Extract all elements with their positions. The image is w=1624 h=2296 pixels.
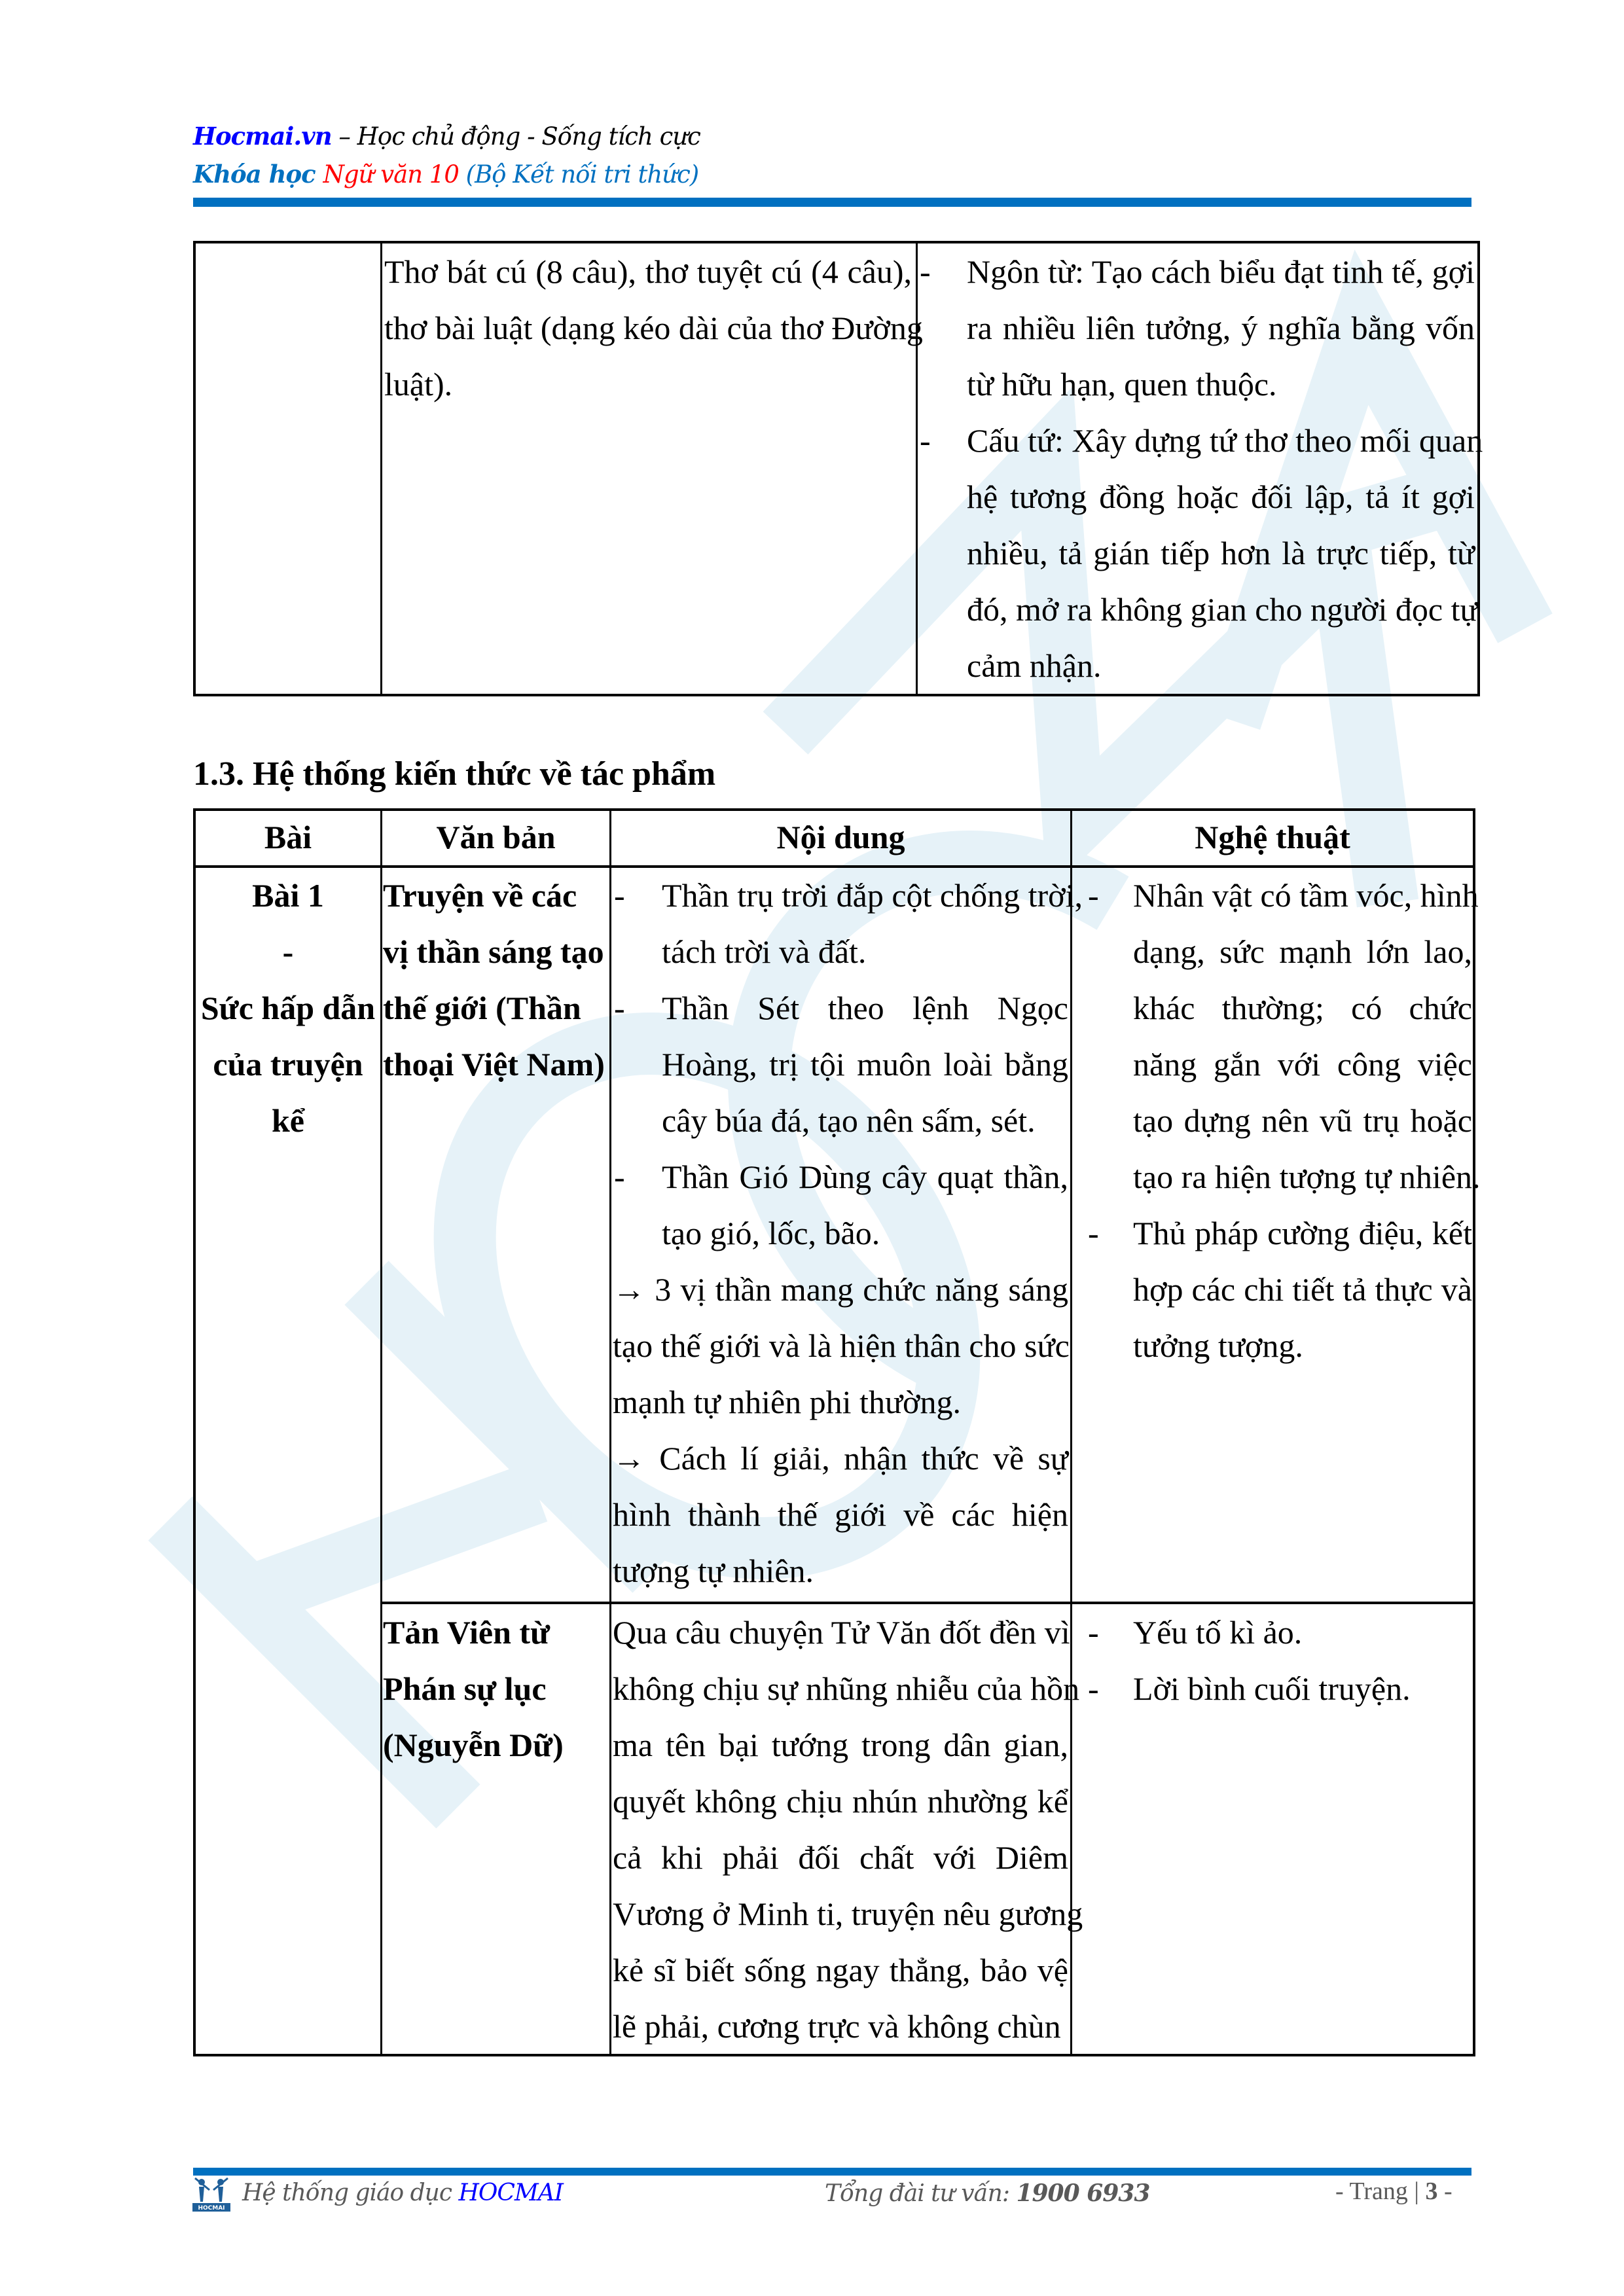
table2-col-divider xyxy=(380,808,382,2056)
text-line: Vương ở Minh ti, truyện nêu gương xyxy=(613,1886,1068,1942)
bullet-dash: - xyxy=(1088,1205,1099,1261)
table2-col-divider xyxy=(1070,808,1072,2056)
table2-row1-text-cell: Truyện về cácvị thần sáng tạothế giới (T… xyxy=(383,867,608,1092)
text-line: tạo ra hiện tượng tự nhiên. xyxy=(1133,1149,1472,1205)
table2-header-content: Nội dung xyxy=(611,809,1070,865)
text-line: tưởng tượng. xyxy=(1133,1318,1472,1374)
text-line: quyết không chịu nhún nhường kể xyxy=(613,1773,1068,1829)
text-line: tượng tự nhiên. xyxy=(613,1543,1068,1599)
footer-hotline: Tổng đài tư vấn: 1900 6933 xyxy=(825,2179,1149,2207)
text-line: tạo gió, lốc, bão. xyxy=(662,1205,1068,1261)
tagline-text: – Học chủ động - Sống tích cực xyxy=(332,122,700,151)
table2-header-lesson: Bài xyxy=(196,809,380,865)
table1-col-divider xyxy=(380,241,382,696)
text-line: Thần trụ trời đắp cột chống trời, xyxy=(662,867,1068,924)
list-item: Thủ pháp cường điệu, kếthợp các chi tiết… xyxy=(1133,1205,1472,1374)
text-line: Thần Sét theo lệnh Ngọc xyxy=(662,980,1068,1036)
text-line: Nhân vật có tầm vóc, hình xyxy=(1133,867,1472,924)
text-line: lẽ phải, cương trực và không chùn xyxy=(613,1998,1068,2054)
footer-system: Hệ thống giáo dục HOCMAI xyxy=(242,2179,563,2206)
text-line: ma tên bại tướng trong dân gian, xyxy=(613,1717,1068,1773)
text-line: Qua câu chuyện Tử Văn đốt đền vì xyxy=(613,1604,1068,1660)
text-line: luật). xyxy=(384,356,912,412)
text-line: - xyxy=(196,924,380,980)
header-divider-bar xyxy=(193,198,1471,207)
text-line: Phán sự lục xyxy=(383,1660,608,1717)
list-item: Thần Gió Dùng cây quạt thần,tạo gió, lốc… xyxy=(662,1149,1068,1261)
text-line: Thần Gió Dùng cây quạt thần, xyxy=(662,1149,1068,1205)
text-line: thoại Việt Nam) xyxy=(383,1036,608,1092)
text-line: năng gắn với công việc xyxy=(1133,1036,1472,1092)
text-line: vị thần sáng tạo xyxy=(383,924,608,980)
text-line: hợp các chi tiết tả thực và xyxy=(1133,1261,1472,1318)
text-line: mạnh tự nhiên phi thường. xyxy=(613,1374,1068,1430)
section-title: 1.3. Hệ thống kiến thức về tác phẩm xyxy=(193,746,715,802)
text-line: Truyện về các xyxy=(383,867,608,924)
header-tagline: Hocmai.vn – Học chủ động - Sống tích cực xyxy=(193,122,700,151)
footer-system-link[interactable]: HOCMAI xyxy=(458,2179,563,2206)
text-line: Yếu tố kì ảo. xyxy=(1133,1604,1472,1660)
text-line: (Nguyễn Dữ) xyxy=(383,1717,608,1773)
list-item: Thần Sét theo lệnh NgọcHoàng, trị tội mu… xyxy=(662,980,1068,1149)
text-line: tạo dựng nên vũ trụ hoặc xyxy=(1133,1092,1472,1149)
text-line: đó, mở ra không gian cho người đọc tự xyxy=(967,581,1475,637)
svg-text:HOCMAI: HOCMAI xyxy=(198,2205,225,2212)
bullet-dash: - xyxy=(920,412,931,469)
text-line: tạo thế giới và là hiện thân cho sức xyxy=(613,1318,1068,1374)
footer-divider-bar xyxy=(193,2168,1471,2176)
header-course: Khóa học Ngữ văn 10 (Bộ Kết nối tri thức… xyxy=(193,160,698,188)
hocmai-logo-icon: HOCMAI xyxy=(192,2176,230,2212)
table1-form-cell: Thơ bát cú (8 câu), thơ tuyệt cú (4 câu)… xyxy=(384,243,912,412)
text-line: thế giới (Thần xyxy=(383,980,608,1036)
brand-link[interactable]: Hocmai.vn xyxy=(193,122,332,151)
list-item: Cấu tứ: Xây dựng tứ thơ theo mối quanhệ … xyxy=(967,412,1475,694)
bullet-dash: - xyxy=(1088,1604,1099,1660)
bullet-dash: - xyxy=(1088,1660,1099,1717)
text-line: khác thường; có chức xyxy=(1133,980,1472,1036)
text-line: Sức hấp dẫn xyxy=(196,980,380,1036)
text-line: từ hữu hạn, quen thuộc. xyxy=(967,356,1475,412)
table2-row2-text-cell: Tản Viên từPhán sự lục(Nguyễn Dữ) xyxy=(383,1604,608,1773)
text-line: Thủ pháp cường điệu, kết xyxy=(1133,1205,1472,1261)
list-item: Yếu tố kì ảo. xyxy=(1133,1604,1472,1660)
text-line: kể xyxy=(196,1092,380,1149)
bullet-dash: - xyxy=(614,1149,625,1205)
list-item: → 3 vị thần mang chức năng sángtạo thế g… xyxy=(613,1261,1068,1430)
bullet-dash: - xyxy=(1088,867,1099,924)
text-line: Ngôn từ: Tạo cách biểu đạt tinh tế, gợi xyxy=(967,243,1475,300)
list-item: Qua câu chuyện Tử Văn đốt đền vìkhông ch… xyxy=(613,1604,1068,2054)
list-item: → Cách lí giải, nhận thức về sựhình thàn… xyxy=(613,1430,1068,1599)
text-line: thơ bài luật (dạng kéo dài của thơ Đường xyxy=(384,300,912,356)
course-series: (Bộ Kết nối tri thức) xyxy=(459,160,698,188)
list-item: Ngôn từ: Tạo cách biểu đạt tinh tế, gợir… xyxy=(967,243,1475,412)
text-line: cảm nhận. xyxy=(967,637,1475,694)
list-item: Nhân vật có tầm vóc, hìnhdạng, sức mạnh … xyxy=(1133,867,1472,1205)
list-item: Lời bình cuối truyện. xyxy=(1133,1660,1472,1717)
text-line: cả khi phải đối chất với Diêm xyxy=(613,1829,1068,1886)
hocmai-logo: HOCMAI xyxy=(192,2176,230,2212)
text-line: dạng, sức mạnh lớn lao, xyxy=(1133,924,1472,980)
text-line: hình thành thế giới về các hiện xyxy=(613,1486,1068,1543)
text-line: → 3 vị thần mang chức năng sáng xyxy=(613,1261,1068,1318)
text-line: Hoàng, trị tội muôn loài bằng xyxy=(662,1036,1068,1092)
bullet-dash: - xyxy=(614,867,625,924)
text-line: Thơ bát cú (8 câu), thơ tuyệt cú (4 câu)… xyxy=(384,243,912,300)
text-line: tách trời và đất. xyxy=(662,924,1068,980)
text-line: Lời bình cuối truyện. xyxy=(1133,1660,1472,1717)
list-item: Thần trụ trời đắp cột chống trời,tách tr… xyxy=(662,867,1068,980)
text-line: kẻ sĩ biết sống ngay thẳng, bảo vệ xyxy=(613,1942,1068,1998)
text-line: ra nhiều liên tưởng, ý nghĩa bằng vốn xyxy=(967,300,1475,356)
bullet-dash: - xyxy=(920,243,931,300)
table2-header-text: Văn bản xyxy=(382,809,609,865)
bullet-dash: - xyxy=(614,980,625,1036)
text-line: → Cách lí giải, nhận thức về sự xyxy=(613,1430,1068,1486)
table2-lesson-cell: Bài 1-Sức hấp dẫncủa truyệnkể xyxy=(196,867,380,1149)
table2-col-divider xyxy=(609,808,611,2056)
hotline-label: Tổng đài tư vấn: xyxy=(825,2180,1016,2207)
page-number: - Trang | 3 - xyxy=(1335,2177,1453,2206)
course-prefix: Khóa học xyxy=(193,160,323,188)
text-line: của truyện xyxy=(196,1036,380,1092)
text-line: Bài 1 xyxy=(196,867,380,924)
text-line: nhiều, tả gián tiếp hơn là trực tiếp, từ xyxy=(967,525,1475,581)
table2-header-art: Nghệ thuật xyxy=(1072,809,1473,865)
text-line: Cấu tứ: Xây dựng tứ thơ theo mối quan xyxy=(967,412,1475,469)
text-line: Tản Viên từ xyxy=(383,1604,608,1660)
text-line: không chịu sự nhũng nhiễu của hồn xyxy=(613,1660,1068,1717)
text-line: hệ tương đồng hoặc đối lập, tả ít gợi xyxy=(967,469,1475,525)
footer-system-prefix: Hệ thống giáo dục xyxy=(242,2179,458,2206)
text-line: cây búa đá, tạo nên sấm, sét. xyxy=(662,1092,1068,1149)
course-name: Ngữ văn 10 xyxy=(323,160,459,188)
hotline-number: 1900 6933 xyxy=(1016,2179,1149,2207)
